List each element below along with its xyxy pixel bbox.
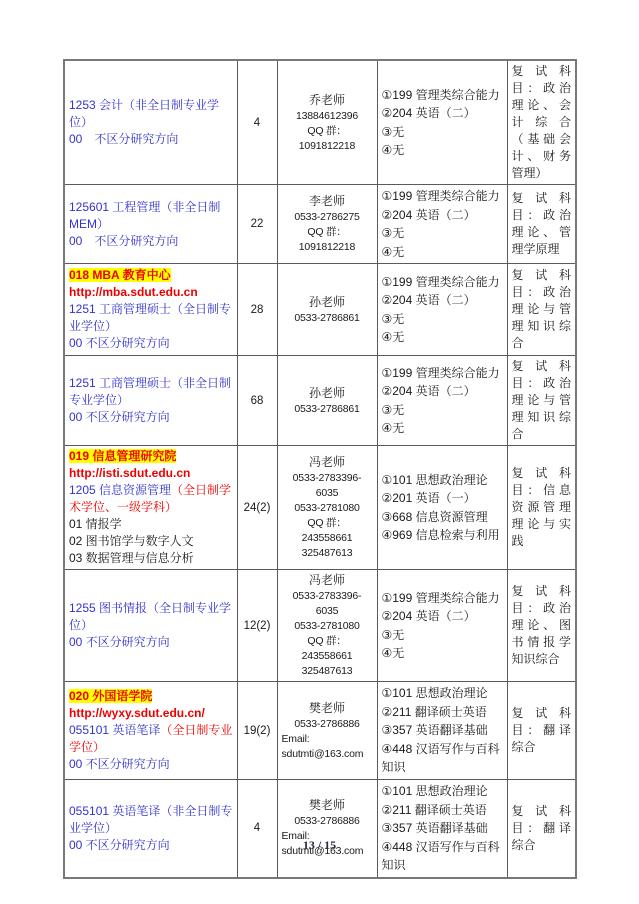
exam-subject-line: ②204 英语（二） (382, 607, 503, 626)
contact-line: 冯老师 (282, 572, 373, 589)
table-row: 125601 工程管理（非全日制 MEM）00 不区分研究方向22李老师0533… (64, 185, 576, 264)
program-text-segment: 019 信息管理研究院 (69, 449, 176, 463)
table-row: 019 信息管理研究院http://isti.sdut.edu.cn1205 信… (64, 446, 576, 570)
contact-line: QQ 群： (282, 634, 373, 649)
exam-subject-line: ④无 (382, 644, 503, 663)
quota-cell: 24(2) (237, 446, 277, 570)
program-line: 055101 英语笔译（全日制专业学位） (69, 722, 233, 756)
program-line: 1251 工商管理硕士（非全日制专业学位） (69, 375, 233, 409)
program-text-segment: 00 不区分研究方向 (69, 635, 170, 649)
quota-cell: 68 (237, 356, 277, 446)
contact-cell: 樊老师0533-2786886Email:sdutmti@163.com (277, 780, 377, 878)
exam-subject-line: ①101 思想政治理论 (382, 782, 503, 801)
program-text-segment: 018 MBA 教育中心 (69, 268, 171, 282)
quota-cell: 12(2) (237, 570, 277, 682)
program-line: 00 不区分研究方向 (69, 335, 233, 352)
subjects-cell: ①199 管理类综合能力②204 英语（二）③无④无 (377, 356, 507, 446)
program-text-segment: 020 外国语学院 (69, 689, 152, 703)
exam-subject-line: ②204 英语（二） (382, 206, 503, 225)
exam-subject-line: ②201 英语（一） (382, 489, 503, 508)
program-line: 00 不区分研究方向 (69, 131, 233, 148)
page-number: 13 / 15 (0, 838, 639, 853)
retest-cell: 复试科目：政治理论、会计综合（基础会计、财务管理） (507, 60, 576, 185)
program-text-segment[interactable]: http://isti.sdut.edu.cn (69, 466, 190, 480)
table-row: 1255 图书情报（全日制专业学位）00 不区分研究方向12(2)冯老师0533… (64, 570, 576, 682)
retest-subjects-text: 复试科目：政治理论、会计综合（基础会计、财务管理） (512, 63, 572, 182)
contact-line: 冯老师 (282, 454, 373, 471)
contact-cell: 孙老师0533-2786861 (277, 264, 377, 356)
table-row: 1251 工商管理硕士（非全日制专业学位）00 不区分研究方向68孙老师0533… (64, 356, 576, 446)
subjects-cell: ①199 管理类综合能力②204 英语（二）③无④无 (377, 60, 507, 185)
program-cell: 055101 英语笔译（非全日制专业学位）00 不区分研究方向 (64, 780, 237, 878)
retest-cell: 复试科目：政治理论、图书情报学知识综合 (507, 570, 576, 682)
program-text-segment: 01 情报学 (69, 517, 122, 531)
exam-subject-line: ②204 英语（二） (382, 382, 503, 401)
program-line: 125601 工程管理（非全日制 MEM） (69, 199, 233, 233)
program-cell: 1251 工商管理硕士（非全日制专业学位）00 不区分研究方向 (64, 356, 237, 446)
exam-subject-line: ③357 英语翻译基础 (382, 819, 503, 838)
contact-line: 325487613 (282, 546, 373, 561)
retest-cell: 复试科目：翻译综合 (507, 780, 576, 878)
contact-line: 1091812218 (282, 240, 373, 255)
exam-subject-line: ④无 (382, 328, 503, 347)
exam-subject-line: ①199 管理类综合能力 (382, 187, 503, 206)
link-url[interactable]: http://isti.sdut.edu.cn (69, 465, 233, 482)
program-text-segment: 02 图书馆学与数字人文 (69, 534, 194, 548)
admissions-table: 1253 会计（非全日制专业学位）00 不区分研究方向4乔老师138846123… (63, 59, 577, 879)
exam-subject-line: ②204 英语（二） (382, 291, 503, 310)
exam-subject-line: ④无 (382, 243, 503, 262)
contact-line: 0533-2781080 (282, 619, 373, 634)
link-url[interactable]: http://mba.sdut.edu.cn (69, 284, 233, 301)
contact-line: Email: (282, 732, 373, 747)
contact-line: 0533-2786886 (282, 814, 373, 829)
subjects-cell: ①199 管理类综合能力②204 英语（二）③无④无 (377, 185, 507, 264)
exam-subject-line: ③无 (382, 401, 503, 420)
program-text-segment[interactable]: http://wyxy.sdut.edu.cn/ (69, 706, 205, 720)
contact-cell: 李老师0533-2786275QQ 群：1091812218 (277, 185, 377, 264)
retest-cell: 复试科目：政治理论与管理知识综合 (507, 356, 576, 446)
program-text-segment: 00 不区分研究方向 (69, 336, 170, 350)
program-text-segment: 00 不区分研究方向 (69, 132, 178, 146)
program-text-segment: 1251 工商管理硕士（全日制专业学位） (69, 302, 231, 333)
contact-line: 1091812218 (282, 139, 373, 154)
document-page: 1253 会计（非全日制专业学位）00 不区分研究方向4乔老师138846123… (0, 0, 639, 904)
exam-subject-line: ①101 思想政治理论 (382, 684, 503, 703)
exam-subject-line: ③668 信息资源管理 (382, 508, 503, 527)
program-line: 00 不区分研究方向 (69, 634, 233, 651)
contact-line: 乔老师 (282, 92, 373, 109)
contact-line: 325487613 (282, 664, 373, 679)
retest-subjects-text: 复试科目：政治理论与管理知识综合 (512, 267, 572, 352)
exam-subject-line: ③无 (382, 310, 503, 329)
program-text-segment[interactable]: http://mba.sdut.edu.cn (69, 285, 198, 299)
retest-cell: 复试科目：政治理论与管理知识综合 (507, 264, 576, 356)
contact-line: 0533-2783396-6035 (282, 471, 373, 501)
contact-cell: 樊老师0533-2786886Email:sdutmti@163.com (277, 682, 377, 780)
program-cell: 019 信息管理研究院http://isti.sdut.edu.cn1205 信… (64, 446, 237, 570)
exam-subject-line: ①199 管理类综合能力 (382, 273, 503, 292)
exam-subject-line: ③无 (382, 224, 503, 243)
contact-line: 13884612396 (282, 109, 373, 124)
retest-subjects-text: 复试科目：翻译综合 (512, 705, 572, 756)
program-cell: 020 外国语学院http://wyxy.sdut.edu.cn/055101 … (64, 682, 237, 780)
exam-subject-line: ①199 管理类综合能力 (382, 86, 503, 105)
quota-cell: 4 (237, 60, 277, 185)
exam-subject-line: ④448 汉语写作与百科知识 (382, 740, 503, 777)
contact-cell: 冯老师0533-2783396-60350533-2781080QQ 群：243… (277, 446, 377, 570)
contact-line: sdutmti@163.com (282, 747, 373, 762)
program-text-segment: 00 不区分研究方向 (69, 410, 170, 424)
program-cell: 018 MBA 教育中心http://mba.sdut.edu.cn1251 工… (64, 264, 237, 356)
program-text-segment: 1255 图书情报（全日制专业学位） (69, 601, 231, 632)
program-line: 00 不区分研究方向 (69, 409, 233, 426)
contact-line: QQ 群： (282, 516, 373, 531)
program-text-segment: 1205 信息资源管理 (69, 483, 171, 497)
contact-line: 李老师 (282, 193, 373, 210)
contact-line: 孙老师 (282, 385, 373, 402)
exam-subject-line: ②211 翻译硕士英语 (382, 801, 503, 820)
table-row: 020 外国语学院http://wyxy.sdut.edu.cn/055101 … (64, 682, 576, 780)
contact-line: 0533-2786861 (282, 311, 373, 326)
contact-cell: 冯老师0533-2783396-60350533-2781080QQ 群：243… (277, 570, 377, 682)
retest-cell: 复试科目：翻译综合 (507, 682, 576, 780)
retest-subjects-text: 复试科目：政治理论与管理知识综合 (512, 358, 572, 443)
retest-subjects-text: 复试科目：信息资源管理理论与实践 (512, 465, 572, 550)
program-line: 00 不区分研究方向 (69, 756, 233, 773)
program-line: 01 情报学 (69, 516, 233, 533)
program-line: 1205 信息资源管理（全日制学术学位、一级学科） (69, 482, 233, 516)
program-line: 019 信息管理研究院 (69, 448, 233, 465)
program-line: 018 MBA 教育中心 (69, 267, 233, 284)
program-text-segment: 03 数据管理与信息分析 (69, 551, 194, 565)
quota-cell: 19(2) (237, 682, 277, 780)
link-url[interactable]: http://wyxy.sdut.edu.cn/ (69, 705, 233, 722)
program-text-segment: 125601 工程管理（非全日制 MEM） (69, 200, 220, 231)
exam-subject-line: ①199 管理类综合能力 (382, 589, 503, 608)
program-line: 02 图书馆学与数字人文 (69, 533, 233, 550)
program-text-segment: 1253 会计（非全日制专业学位） (69, 98, 219, 129)
contact-line: 孙老师 (282, 294, 373, 311)
contact-line: QQ 群： (282, 124, 373, 139)
program-line: 055101 英语笔译（非全日制专业学位） (69, 803, 233, 837)
table-row: 055101 英语笔译（非全日制专业学位）00 不区分研究方向4樊老师0533-… (64, 780, 576, 878)
program-text-segment: 00 不区分研究方向 (69, 234, 178, 248)
program-text-segment: 1251 工商管理硕士（非全日制专业学位） (69, 376, 231, 407)
subjects-cell: ①101 思想政治理论②211 翻译硕士英语③357 英语翻译基础④448 汉语… (377, 780, 507, 878)
contact-line: 243558661 (282, 649, 373, 664)
subjects-cell: ①101 思想政治理论②201 英语（一）③668 信息资源管理④969 信息检… (377, 446, 507, 570)
table-row: 018 MBA 教育中心http://mba.sdut.edu.cn1251 工… (64, 264, 576, 356)
program-line: 03 数据管理与信息分析 (69, 550, 233, 567)
retest-subjects-text: 复试科目：政治理论、管理学原理 (512, 190, 572, 258)
program-line: 1251 工商管理硕士（全日制专业学位） (69, 301, 233, 335)
subjects-cell: ①101 思想政治理论②211 翻译硕士英语③357 英语翻译基础④448 汉语… (377, 682, 507, 780)
program-line: 020 外国语学院 (69, 688, 233, 705)
contact-cell: 乔老师13884612396QQ 群：1091812218 (277, 60, 377, 185)
exam-subject-line: ④无 (382, 141, 503, 160)
retest-cell: 复试科目：政治理论、管理学原理 (507, 185, 576, 264)
contact-line: 0533-2781080 (282, 501, 373, 516)
contact-line: QQ 群： (282, 225, 373, 240)
program-text-segment: 055101 英语笔译（非全日制专业学位） (69, 804, 232, 835)
contact-line: 0533-2786861 (282, 402, 373, 417)
program-cell: 1255 图书情报（全日制专业学位）00 不区分研究方向 (64, 570, 237, 682)
subjects-cell: ①199 管理类综合能力②204 英语（二）③无④无 (377, 264, 507, 356)
contact-line: 樊老师 (282, 797, 373, 814)
contact-line: 樊老师 (282, 700, 373, 717)
exam-subject-line: ③357 英语翻译基础 (382, 721, 503, 740)
admissions-table-body: 1253 会计（非全日制专业学位）00 不区分研究方向4乔老师138846123… (64, 60, 576, 878)
subjects-cell: ①199 管理类综合能力②204 英语（二）③无④无 (377, 570, 507, 682)
quota-cell: 22 (237, 185, 277, 264)
quota-cell: 28 (237, 264, 277, 356)
contact-line: 0533-2783396-6035 (282, 589, 373, 619)
program-text-segment: 055101 英语笔译 (69, 723, 160, 737)
program-line: 1253 会计（非全日制专业学位） (69, 97, 233, 131)
exam-subject-line: ③无 (382, 626, 503, 645)
retest-subjects-text: 复试科目：政治理论、图书情报学知识综合 (512, 583, 572, 668)
exam-subject-line: ③无 (382, 123, 503, 142)
contact-line: 0533-2786886 (282, 717, 373, 732)
exam-subject-line: ②204 英语（二） (382, 104, 503, 123)
exam-subject-line: ④969 信息检索与利用 (382, 526, 503, 545)
exam-subject-line: ①101 思想政治理论 (382, 471, 503, 490)
program-cell: 125601 工程管理（非全日制 MEM）00 不区分研究方向 (64, 185, 237, 264)
contact-cell: 孙老师0533-2786861 (277, 356, 377, 446)
program-line: 1255 图书情报（全日制专业学位） (69, 600, 233, 634)
exam-subject-line: ①199 管理类综合能力 (382, 364, 503, 383)
table-row: 1253 会计（非全日制专业学位）00 不区分研究方向4乔老师138846123… (64, 60, 576, 185)
program-line: 00 不区分研究方向 (69, 233, 233, 250)
quota-cell: 4 (237, 780, 277, 878)
exam-subject-line: ④无 (382, 419, 503, 438)
retest-cell: 复试科目：信息资源管理理论与实践 (507, 446, 576, 570)
exam-subject-line: ②211 翻译硕士英语 (382, 703, 503, 722)
program-cell: 1253 会计（非全日制专业学位）00 不区分研究方向 (64, 60, 237, 185)
contact-line: 0533-2786275 (282, 210, 373, 225)
program-text-segment: 00 不区分研究方向 (69, 757, 170, 771)
contact-line: 243558661 (282, 531, 373, 546)
